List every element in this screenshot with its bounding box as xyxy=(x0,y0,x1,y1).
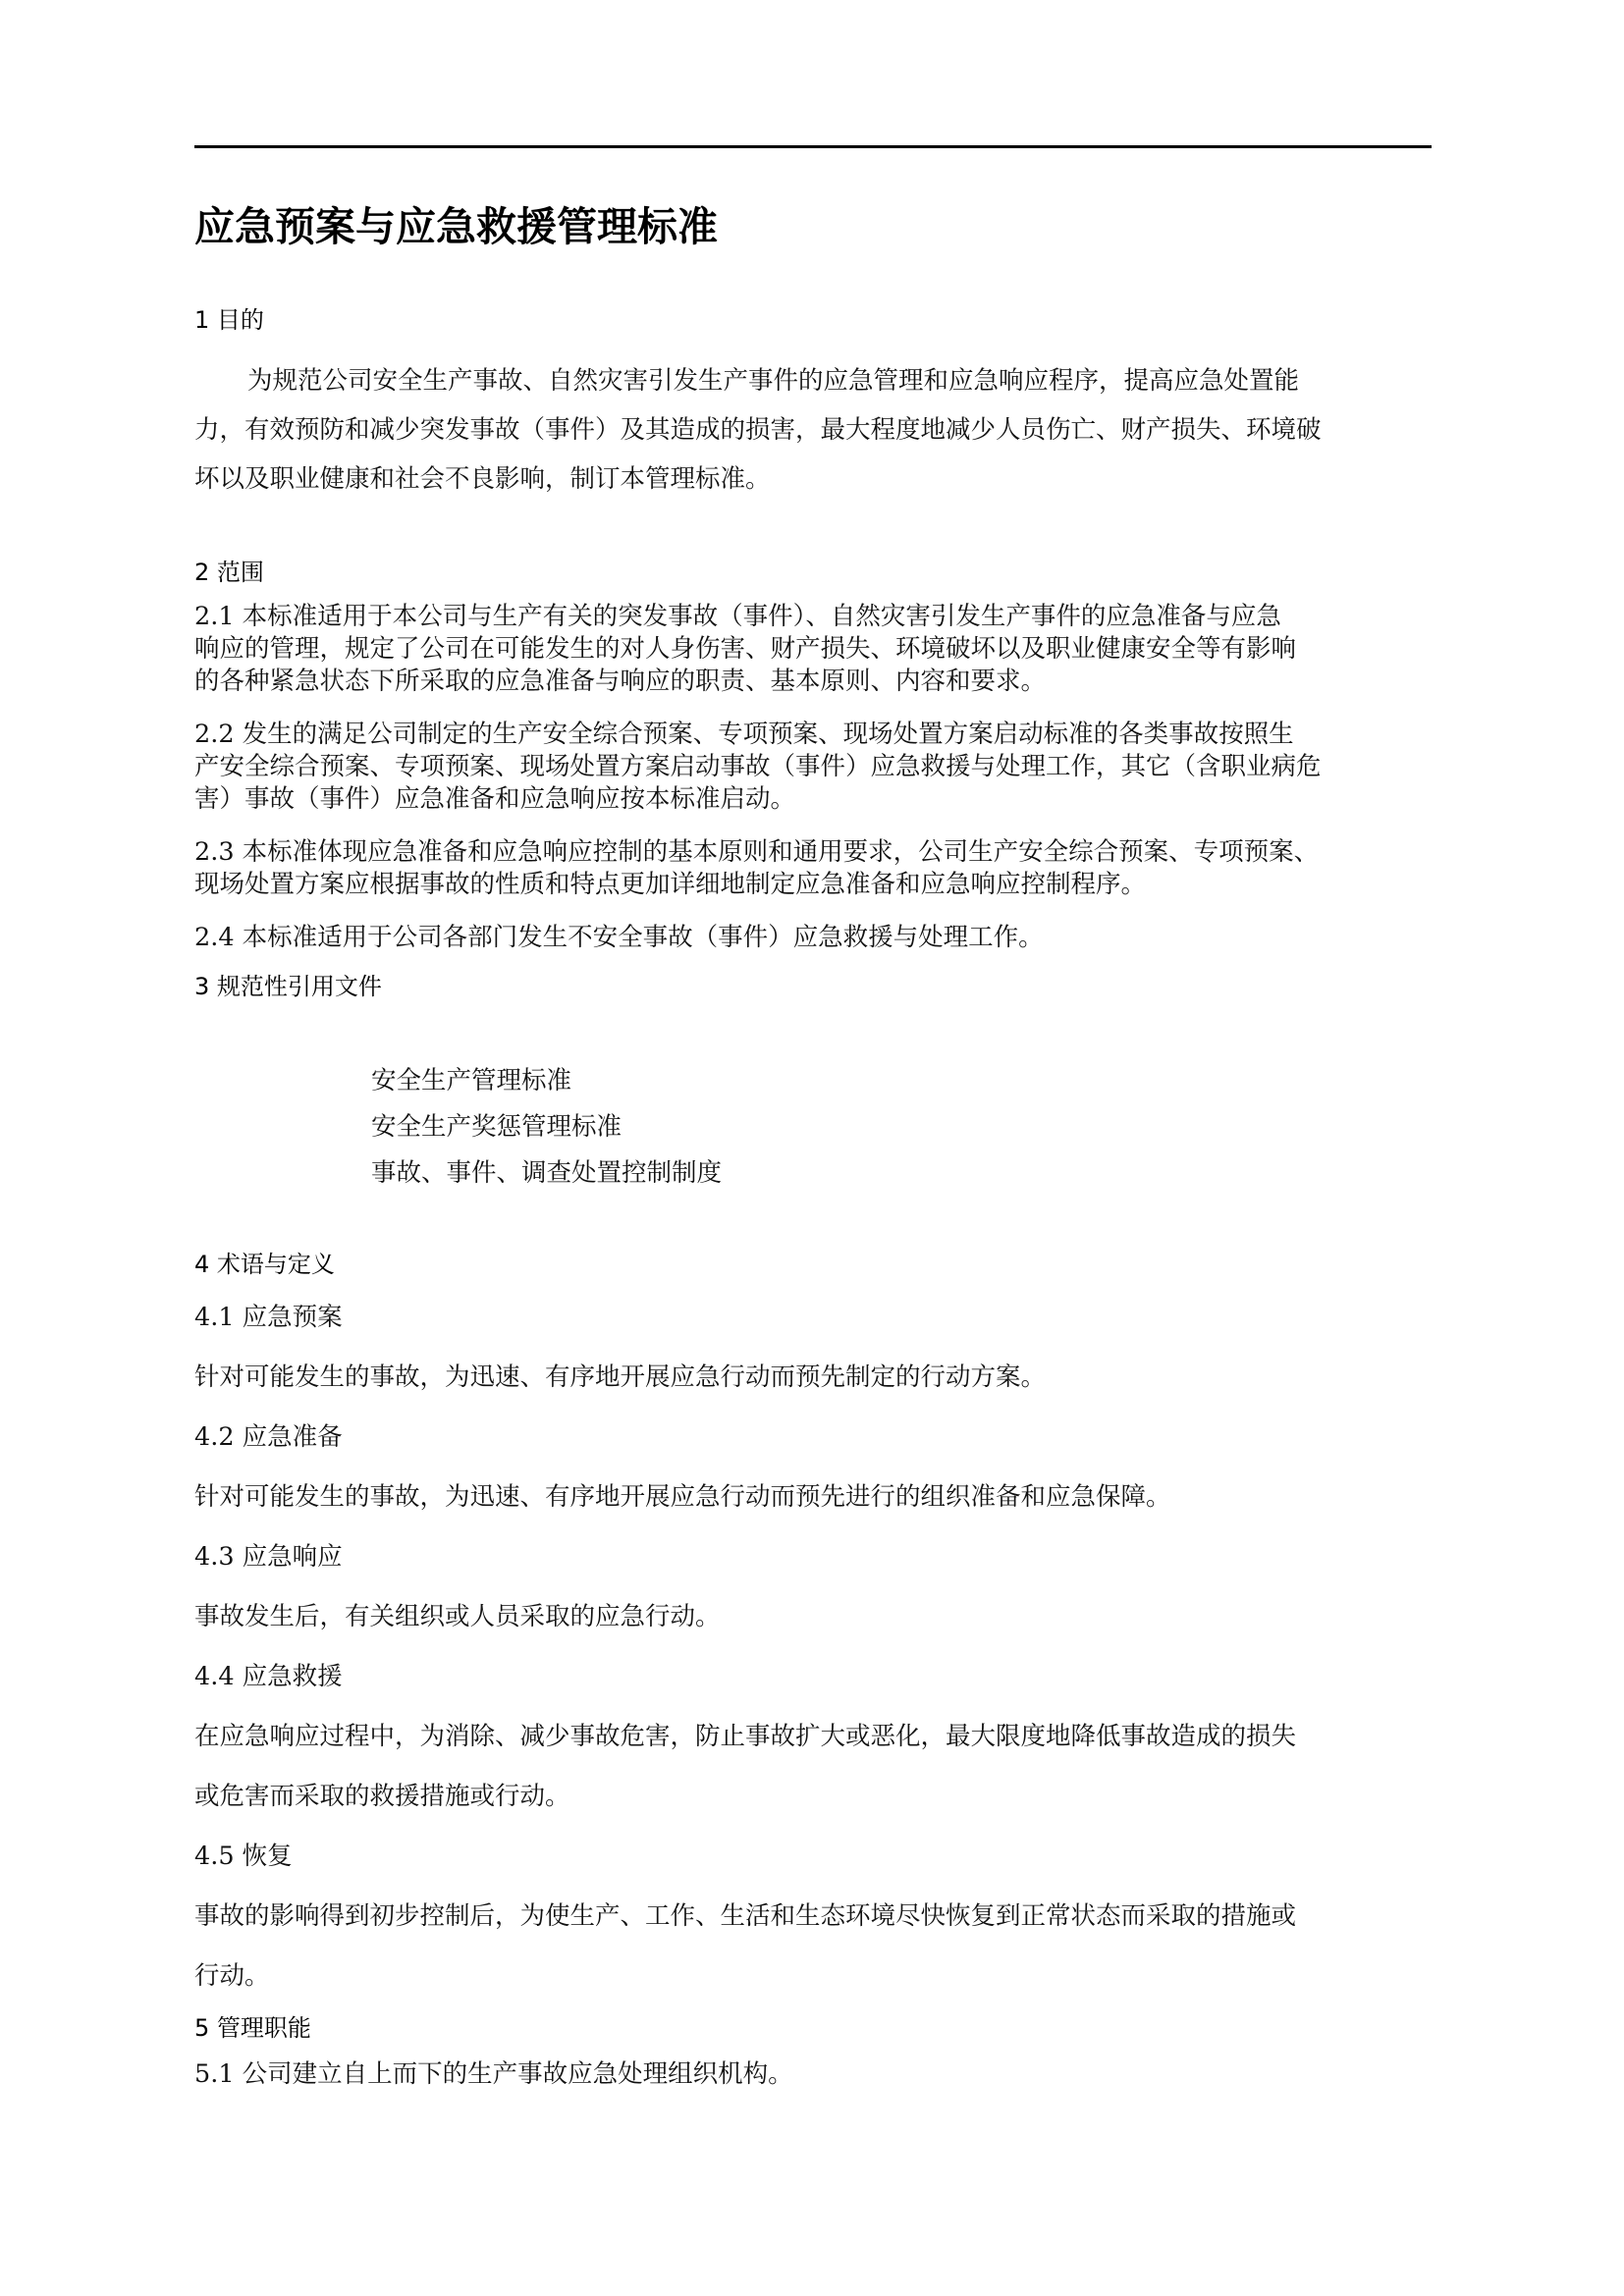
term-4-2: 4.2 应急准备 xyxy=(194,1417,343,1453)
reference-item: 事故、事件、调查处置控制制度 xyxy=(371,1153,722,1189)
section-1-line: 为规范公司安全生产事故、自然灾害引发生产事件的应急管理和应急响应程序，提高应急处… xyxy=(247,361,1299,397)
clause-5-1-line: 5.1 公司建立自上而下的生产事故应急处理组织机构。 xyxy=(194,2055,793,2090)
section-3-heading: 3 规范性引用文件 xyxy=(194,967,382,1001)
clause-2-3-line: 2.3 本标准体现应急准备和应急响应控制的基本原则和通用要求，公司生产安全综合预… xyxy=(194,832,1319,868)
section-1-heading: 1 目的 xyxy=(194,300,264,335)
term-4-2-definition: 针对可能发生的事故，为迅速、有序地开展应急行动而预先进行的组织准备和应急保障。 xyxy=(194,1477,1171,1513)
term-4-1: 4.1 应急预案 xyxy=(194,1298,343,1333)
clause-2-1-line: 2.1 本标准适用于本公司与生产有关的突发事故（事件）、自然灾害引发生产事件的应… xyxy=(194,597,1281,632)
term-4-5: 4.5 恢复 xyxy=(194,1837,293,1872)
header-rule xyxy=(194,145,1432,148)
clause-2-2-line: 2.2 发生的满足公司制定的生产安全综合预案、专项预案、现场处置方案启动标准的各… xyxy=(194,715,1294,750)
term-4-5-definition: 行动。 xyxy=(194,1956,270,1992)
clause-2-4-line: 2.4 本标准适用于公司各部门发生不安全事故（事件）应急救援与处理工作。 xyxy=(194,918,1044,953)
clause-2-1-line: 响应的管理，规定了公司在可能发生的对人身伤害、财产损失、环境破坏以及职业健康安全… xyxy=(194,629,1296,665)
clause-2-1-line: 的各种紧急状态下所采取的应急准备与响应的职责、基本原则、内容和要求。 xyxy=(194,662,1046,697)
section-1-line: 力，有效预防和减少突发事故（事件）及其造成的损害，最大程度地减少人员伤亡、财产损… xyxy=(194,410,1322,446)
term-4-4-definition: 或危害而采取的救援措施或行动。 xyxy=(194,1777,570,1812)
clause-2-2-line: 害）事故（事件）应急准备和应急响应按本标准启动。 xyxy=(194,779,795,815)
term-4-4: 4.4 应急救援 xyxy=(194,1657,343,1692)
term-4-5-definition: 事故的影响得到初步控制后，为使生产、工作、生活和生态环境尽快恢复到正常状态而采取… xyxy=(194,1896,1296,1932)
clause-2-3-line: 现场处置方案应根据事故的性质和特点更加详细地制定应急准备和应急响应控制程序。 xyxy=(194,865,1146,900)
section-5-heading: 5 管理职能 xyxy=(194,2008,311,2043)
section-4-heading: 4 术语与定义 xyxy=(194,1245,335,1279)
reference-item: 安全生产奖惩管理标准 xyxy=(371,1107,622,1143)
reference-item: 安全生产管理标准 xyxy=(371,1061,571,1096)
term-4-3: 4.3 应急响应 xyxy=(194,1537,343,1573)
clause-2-2-line: 产安全综合预案、专项预案、现场处置方案启动事故（事件）应急救援与处理工作，其它（… xyxy=(194,747,1322,782)
term-4-1-definition: 针对可能发生的事故，为迅速、有序地开展应急行动而预先制定的行动方案。 xyxy=(194,1358,1046,1393)
term-4-3-definition: 事故发生后，有关组织或人员采取的应急行动。 xyxy=(194,1597,721,1632)
section-1-line: 坏以及职业健康和社会不良影响，制订本管理标准。 xyxy=(194,459,771,495)
section-2-heading: 2 范围 xyxy=(194,553,264,587)
document-title: 应急预案与应急救援管理标准 xyxy=(194,194,718,252)
term-4-4-definition: 在应急响应过程中，为消除、减少事故危害，防止事故扩大或恶化，最大限度地降低事故造… xyxy=(194,1717,1296,1752)
